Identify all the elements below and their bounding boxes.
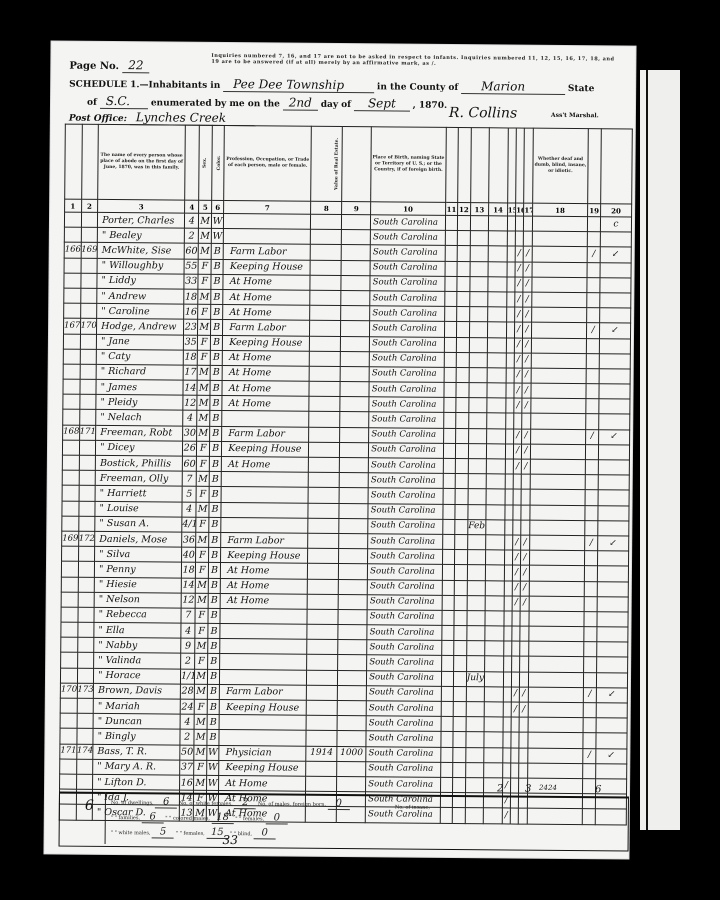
real-estate-value: [308, 564, 339, 579]
mother-foreign: [455, 474, 468, 489]
mother-foreign: [453, 747, 466, 762]
personal-estate-value: [340, 397, 369, 412]
born-within-year: [467, 550, 486, 565]
father-foreign: [445, 231, 458, 246]
age: 9: [181, 638, 196, 653]
cannot-write: [522, 414, 530, 429]
mother-foreign: [453, 701, 466, 716]
age: 16: [184, 304, 199, 319]
deaf-blind-insane: [528, 641, 584, 657]
mother-foreign: [455, 550, 468, 565]
birthplace: South Carolina: [370, 230, 445, 246]
married-within-year: [486, 489, 505, 504]
deaf-blind-insane: [531, 322, 587, 338]
married-within-year: [488, 246, 507, 261]
family-number: [77, 698, 94, 713]
family-number: 169: [81, 243, 98, 258]
occupation: [220, 608, 307, 624]
personal-estate-value: [341, 336, 370, 351]
deaf-blind-insane: [531, 307, 587, 323]
cannot-write: /: [520, 596, 528, 611]
married-within-year: [485, 595, 504, 610]
mother-foreign: [456, 337, 469, 352]
birthplace: South Carolina: [369, 458, 444, 474]
adjacent-page-edge: [640, 70, 680, 830]
age: 35: [183, 335, 198, 350]
vote-denied: [599, 384, 630, 399]
personal-estate-value: [341, 275, 370, 290]
vote-denied: ↙: [598, 429, 629, 444]
born-within-year: [468, 398, 487, 413]
real-estate-value: [309, 457, 340, 472]
deaf-blind-insane: [529, 505, 585, 521]
real-estate-value: [309, 396, 340, 411]
color: B: [211, 259, 224, 274]
deaf-blind-insane: [529, 565, 585, 581]
family-number: 171: [79, 425, 96, 440]
family-number: 170: [80, 319, 97, 334]
born-within-year: [469, 337, 488, 352]
personal-estate-value: [337, 700, 366, 715]
birthplace: South Carolina: [366, 746, 441, 762]
vote-denied: [598, 490, 629, 505]
personal-estate-value: [341, 290, 370, 305]
year-label: , 1870.: [413, 101, 448, 111]
enumeration-line: of S.C. enumerated by me on the 2nd day …: [87, 94, 447, 111]
personal-estate-value: [339, 518, 368, 533]
mother-foreign: [458, 216, 471, 231]
color: B: [210, 350, 223, 365]
age: 26: [182, 441, 197, 456]
occupation: [222, 411, 309, 427]
age: 16: [180, 775, 195, 790]
summary-tally: 6: [85, 798, 94, 814]
color: B: [208, 578, 221, 593]
father-foreign: [445, 215, 458, 230]
born-within-year: [468, 428, 487, 443]
birthplace: South Carolina: [369, 427, 444, 443]
male-citizen-21: /: [586, 429, 599, 444]
age: 40: [182, 547, 197, 562]
real-estate-value: [307, 685, 338, 700]
dwelling-number: [63, 334, 80, 349]
sex: F: [198, 335, 211, 350]
father-foreign: [441, 717, 454, 732]
occupation: At Home: [222, 365, 309, 381]
married-within-year: [487, 337, 506, 352]
cannot-read: /: [511, 687, 519, 702]
sex: M: [196, 532, 209, 547]
born-within-year: [467, 504, 486, 519]
cannot-read: /: [514, 353, 522, 368]
mother-foreign: [454, 671, 467, 686]
family-number: [78, 607, 95, 622]
cannot-read: /: [515, 307, 523, 322]
personal-estate-value: [341, 306, 370, 321]
born-within-year: [469, 307, 488, 322]
age: 7: [182, 471, 197, 486]
age: 2: [180, 729, 195, 744]
color: W: [207, 745, 220, 760]
male-citizen-21: [583, 733, 596, 748]
deaf-blind-insane: [527, 763, 583, 779]
dwelling-number: 169: [62, 531, 79, 546]
cannot-write: /: [523, 292, 531, 307]
person-name: " James: [96, 379, 183, 395]
male-citizen-21: [588, 217, 601, 232]
birthplace: South Carolina: [366, 716, 441, 732]
post-office-label: Post Office:: [69, 114, 127, 125]
personal-estate-value: [339, 503, 368, 518]
personal-estate-value: [338, 609, 367, 624]
married-within-year: [487, 368, 506, 383]
mother-foreign: [456, 413, 469, 428]
family-number: [77, 653, 94, 668]
cannot-read: /: [512, 550, 520, 565]
dwelling-number: [61, 637, 78, 652]
born-within-year: [468, 474, 487, 489]
attended-school: [504, 611, 512, 626]
total-col-13: 2: [497, 783, 503, 794]
personal-estate-value: [340, 366, 369, 381]
father-foreign: [445, 261, 458, 276]
married-within-year: [487, 413, 506, 428]
cannot-write: /: [522, 353, 530, 368]
sex: M: [199, 244, 212, 259]
deaf-blind-insane: [529, 581, 585, 597]
dwelling-number: [61, 592, 78, 607]
occupation: At Home: [221, 578, 308, 594]
col-header-6: Color.: [212, 125, 225, 200]
age: 4: [184, 213, 199, 228]
schedule-line: SCHEDULE 1.—Inhabitants in Pee Dee Towns…: [69, 76, 594, 95]
sex: F: [198, 350, 211, 365]
foreign-females-count: 0: [266, 812, 288, 824]
cannot-read: [513, 505, 521, 520]
cannot-read: [511, 748, 519, 763]
deaf-blind-insane: [530, 459, 586, 475]
sex: F: [194, 760, 207, 775]
deaf-blind-insane: [530, 414, 586, 430]
person-name: Daniels, Mose: [95, 531, 182, 547]
deaf-blind-insane: [529, 596, 585, 612]
deaf-blind-insane: [529, 535, 585, 551]
col-header-20: Male Citizens whose right to vote is den…: [600, 129, 632, 204]
mother-foreign: [454, 595, 467, 610]
sex: M: [196, 502, 209, 517]
real-estate-value: [307, 624, 338, 639]
instruction-note: Inquiries numbered 7, 16, and 17 are not…: [211, 53, 621, 69]
age: 30: [183, 426, 198, 441]
personal-estate-value: [338, 685, 367, 700]
sex: M: [195, 638, 208, 653]
summary-line-3: " " white males, 5 " " females, 15 " " b…: [111, 826, 276, 839]
sex: M: [199, 228, 212, 243]
deaf-blind-insane: [528, 717, 584, 733]
occupation: At Home: [222, 456, 309, 472]
deaf-blind-insane: [531, 338, 587, 354]
census-rows: Porter, Charles4MWSouth Carolinac" Beale…: [59, 212, 631, 824]
sex: M: [198, 320, 211, 335]
cannot-read: [513, 520, 521, 535]
father-foreign: [444, 307, 457, 322]
married-within-year: [486, 520, 505, 535]
sex: F: [196, 563, 209, 578]
father-foreign: [442, 625, 455, 640]
birthplace: South Carolina: [370, 260, 445, 276]
birthplace: South Carolina: [370, 321, 445, 337]
dwelling-number: 170: [60, 683, 77, 698]
enumerated-label: enumerated by me on the: [151, 98, 280, 109]
sex: F: [198, 304, 211, 319]
color: W: [207, 760, 220, 775]
married-within-year: [486, 474, 505, 489]
mother-foreign: [454, 626, 467, 641]
color: B: [207, 715, 220, 730]
col-num: 4: [185, 200, 200, 213]
col-num: 16: [516, 203, 524, 216]
attended-school: [502, 763, 510, 778]
col-header-8: Value of Real Estate.: [311, 126, 343, 201]
occupation: At Home: [223, 305, 310, 321]
real-estate-value: [308, 472, 339, 487]
column-headers: Dwelling-houses, numbered in the order o…: [65, 124, 633, 204]
dwelling-number: [60, 698, 77, 713]
occupation: At Home: [219, 775, 306, 791]
real-estate-value: [310, 290, 341, 305]
birthplace: South Carolina: [367, 594, 442, 610]
mother-foreign: [457, 322, 470, 337]
cannot-write: /: [522, 429, 530, 444]
mother-foreign: [454, 565, 467, 580]
born-within-year: [468, 413, 487, 428]
color: B: [210, 380, 223, 395]
person-name: " Ella: [94, 622, 181, 638]
vote-denied: [599, 399, 630, 414]
attended-school: [503, 687, 511, 702]
attended-school: [507, 262, 515, 277]
marshal-signature: R. Collins: [449, 105, 517, 122]
vote-denied: [597, 612, 628, 627]
color: B: [210, 335, 223, 350]
birthplace: South Carolina: [370, 306, 445, 322]
father-foreign: [442, 580, 455, 595]
occupation: Farm Labor: [222, 426, 309, 442]
cannot-write: /: [520, 687, 528, 702]
attended-school: [503, 641, 511, 656]
personal-estate-value: [339, 473, 368, 488]
dwelling-number: [64, 212, 81, 227]
vote-denied: [598, 505, 629, 520]
cannot-read: /: [512, 581, 520, 596]
male-citizen-21: [587, 293, 600, 308]
real-estate-value: [309, 351, 340, 366]
sex: M: [194, 730, 207, 745]
occupation: At Home: [221, 563, 308, 579]
col-header-7: Profession, Occupation, or Trade of each…: [224, 125, 312, 201]
attended-school: [507, 277, 515, 292]
attended-school: [507, 231, 515, 246]
person-name: " Liddy: [97, 273, 184, 289]
vote-denied: ↙: [596, 688, 627, 703]
attended-school: [505, 429, 513, 444]
occupation: [221, 502, 308, 518]
father-foreign: [440, 747, 453, 762]
real-estate-value: [309, 412, 340, 427]
dwelling-number: [61, 577, 78, 592]
color: W: [211, 213, 224, 228]
married-within-year: [488, 231, 507, 246]
age: 12: [183, 395, 198, 410]
person-name: " Harriett: [95, 486, 182, 502]
birthplace: South Carolina: [368, 534, 443, 550]
male-citizen-21: [586, 384, 599, 399]
father-foreign: [441, 686, 454, 701]
born-within-year: [466, 686, 485, 701]
personal-estate-value: [339, 549, 368, 564]
male-citizen-21: [584, 703, 597, 718]
personal-estate-value: [338, 579, 367, 594]
attended-school: [505, 489, 513, 504]
birthplace: South Carolina: [367, 640, 442, 656]
father-foreign: [440, 777, 453, 792]
col-header-10: Place of Birth, naming State or Territor…: [371, 127, 446, 203]
deaf-blind-insane: [531, 353, 587, 369]
color: B: [209, 532, 222, 547]
mother-foreign: [455, 519, 468, 534]
male-citizen-21: [587, 277, 600, 292]
father-foreign: [442, 610, 455, 625]
personal-estate-value: [339, 488, 368, 503]
attended-school: [505, 444, 513, 459]
birthplace: South Carolina: [370, 245, 445, 261]
cannot-read: [513, 489, 521, 504]
married-within-year: [486, 504, 505, 519]
cannot-read: [515, 231, 523, 246]
male-citizen-21: [583, 763, 596, 778]
colored-males-count: 18: [212, 812, 234, 824]
father-foreign: [441, 671, 454, 686]
age: 5: [182, 486, 197, 501]
cannot-read: /: [512, 596, 520, 611]
attended-school: [503, 656, 511, 671]
father-foreign: [442, 595, 455, 610]
birthplace: South Carolina: [371, 215, 446, 231]
col-num: 1: [65, 199, 82, 212]
col-num: 3: [98, 199, 185, 213]
mother-foreign: [456, 352, 469, 367]
sex: M: [196, 578, 209, 593]
white-males-count: 5: [152, 826, 174, 838]
married-within-year: [486, 550, 505, 565]
born-within-year: July: [466, 671, 485, 686]
real-estate-value: [307, 579, 338, 594]
person-name: " Bingly: [93, 729, 180, 745]
male-citizen-21: /: [587, 323, 600, 338]
cannot-write: [524, 216, 532, 231]
col-num: 11: [445, 202, 458, 215]
total-col-16: 24: [539, 784, 548, 792]
cannot-write: [520, 611, 528, 626]
family-number: [79, 455, 96, 470]
birthplace: South Carolina: [370, 291, 445, 307]
personal-estate-value: [340, 412, 369, 427]
dwelling-number: [63, 364, 80, 379]
cannot-read: [512, 611, 520, 626]
family-number: [81, 212, 98, 227]
attended-school: [506, 322, 514, 337]
married-within-year: [484, 763, 503, 778]
occupation: [220, 624, 307, 640]
deaf-blind-insane: [532, 216, 588, 232]
cannot-write: /: [523, 262, 531, 277]
personal-estate-value: [340, 382, 369, 397]
age: 24: [180, 699, 195, 714]
county-label: in the County of: [377, 82, 458, 93]
sex: M: [198, 289, 211, 304]
color: B: [208, 608, 221, 623]
sex: M: [195, 669, 208, 684]
married-within-year: [484, 747, 503, 762]
sex: M: [198, 365, 211, 380]
col-num: 20: [600, 204, 631, 217]
real-estate-value: [306, 731, 337, 746]
attended-school: [503, 717, 511, 732]
cannot-write: [519, 732, 527, 747]
real-estate-value: [307, 639, 338, 654]
real-estate-value: [310, 245, 341, 260]
family-number: [78, 577, 95, 592]
person-name: " Hiesie: [94, 577, 181, 593]
color: W: [211, 229, 224, 244]
mother-foreign: [454, 656, 467, 671]
white-females-count: 2: [234, 797, 256, 809]
mother-foreign: [453, 777, 466, 792]
color: B: [209, 487, 222, 502]
family-number: [76, 759, 93, 774]
male-citizen-21: [584, 612, 597, 627]
real-estate-value: [306, 776, 337, 791]
father-foreign: [441, 641, 454, 656]
real-estate-value: [307, 594, 338, 609]
family-number: [79, 440, 96, 455]
real-estate-value: [306, 715, 337, 730]
attended-school: [505, 413, 513, 428]
color: B: [210, 396, 223, 411]
dwelling-number: [63, 379, 80, 394]
color: B: [211, 304, 224, 319]
person-name: " Valinda: [94, 653, 181, 669]
mother-foreign: [453, 762, 466, 777]
family-number: [77, 713, 94, 728]
total-col-17: 24: [548, 784, 557, 792]
marshal-label: Ass't Marshal.: [551, 112, 599, 119]
real-estate-value: [310, 321, 341, 336]
occupation: Keeping House: [222, 441, 309, 457]
vote-denied: [600, 293, 631, 308]
vote-denied: [597, 566, 628, 581]
born-within-year: [466, 717, 485, 732]
occupation: At Home: [223, 350, 310, 366]
cannot-write: [520, 657, 528, 672]
mother-foreign: [456, 398, 469, 413]
person-name: " Duncan: [93, 714, 180, 730]
person-name: " Susan A.: [95, 516, 182, 532]
born-within-year: [469, 322, 488, 337]
cannot-write: [524, 231, 532, 246]
occupation: Farm Labor: [221, 532, 308, 548]
dwelling-number: [62, 455, 79, 470]
